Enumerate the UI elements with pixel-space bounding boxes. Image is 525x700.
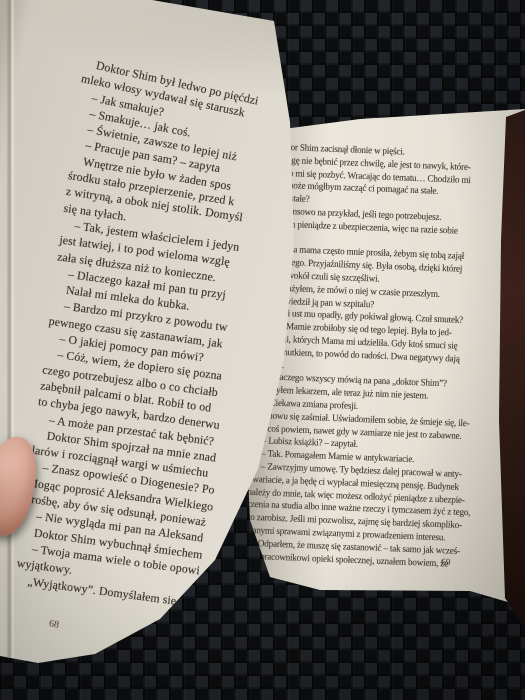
left-page-stack-edge xyxy=(6,0,15,662)
open-book-photo: Doktor Shim zacisnął dłonie w pięści.– M… xyxy=(0,0,525,700)
right-page-number: 69 xyxy=(441,558,451,568)
left-page-number: 68 xyxy=(48,618,59,630)
